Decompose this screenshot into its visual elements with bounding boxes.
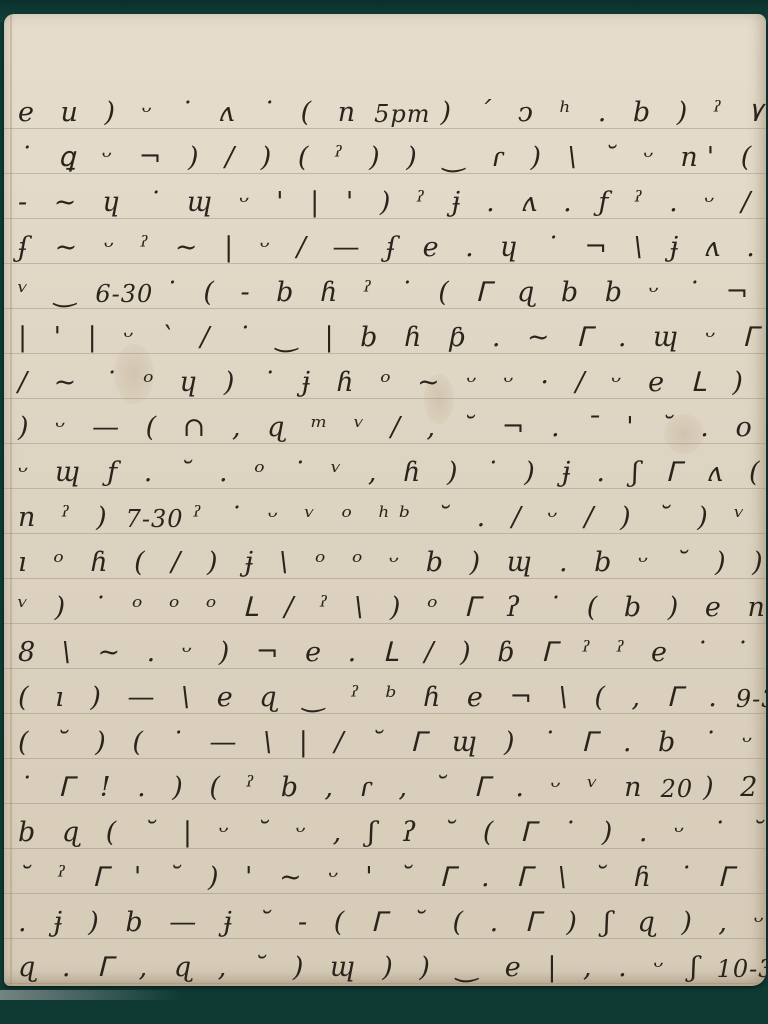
time-numeral: 7-30 <box>126 505 184 533</box>
rule-line <box>4 488 766 489</box>
rule-line <box>4 443 766 444</box>
shorthand-line: ( ı ) — \ e ɋ ‿ ˀ ᵇ ɦ e ¬ \ ( , ᒥ .9-30ɉ… <box>18 673 754 713</box>
shorthand-line: ʄ ~ ᵕ ˀ ~ | ᵕ / — ʄ e . ɥ ˙ ¬ \ ɉ ʌ . ᒪ <box>18 223 754 263</box>
rule-line <box>4 128 766 129</box>
margin-line <box>10 14 12 986</box>
rule-line <box>4 938 766 939</box>
rule-line <box>4 713 766 714</box>
shorthand-line: - ~ ɥ ˙ ɰ ᵕ ' | ' ) ˀ ɉ . ʌ . ƒ ˀ . ᵕ / … <box>18 178 754 218</box>
rule-line <box>4 758 766 759</box>
shorthand-line: ) ᵕ — ( ∩ , ɋ ᵐ ᵛ / , ˘ ¬ . ˉ ' ˘ . o b … <box>18 403 754 443</box>
rule-line <box>4 578 766 579</box>
shorthand-line: ˙ ꝗ ᵕ ¬ ) / ) ( ˀ ) ) ‿ ɾ ) \ ˘ ᵕ n' ( <box>18 133 754 173</box>
rule-line <box>4 893 766 894</box>
rule-line <box>4 353 766 354</box>
rule-line <box>4 983 766 984</box>
shorthand-strokes: ˀ ˙ ᵕ ᵛ ᵒ ʰᵇ ˘ . / ᵕ / ) ˘ ) ᵛ ˘ ᒪ <box>194 502 766 533</box>
shorthand-strokes: ) ᵕ — ( ∩ , ɋ ᵐ ᵛ / , ˘ ¬ . ˉ ' ˘ . o b … <box>18 412 766 443</box>
shorthand-strokes: ˙ ( - b ɦ ˀ ˙ ( ᒥ ɋ b b ᵕ ˙ ¬ <box>163 277 757 308</box>
shorthand-strokes: ˘ ˀ ᒥ ' ˘ ) ' ~ ᵕ ' ˘ ᒥ . ᒥ \ ˘ ɦ ˙ ᒥ <box>18 862 742 893</box>
shorthand-strokes: n ˀ ) <box>18 502 116 533</box>
time-numeral: 20 <box>661 775 694 803</box>
shorthand-strokes: ᵕ ɰ ƒ . ˘ . ᵒ ˙ ᵛ , ɦ ) ˙ ) ɉ . ʃ ᒥ ʌ ( … <box>18 457 766 488</box>
shorthand-strokes: ( ˘ ) ( ˙ — \ | / ˘ ᒥ ɰ ) ˙ ᒥ . b ˙ ᵕ ᵛ <box>18 727 766 758</box>
rule-line <box>4 173 766 174</box>
shorthand-line: | ' | ᵕ ` / ˙ ‿ | b ɦ ƥ . ~ ᒥ . ɰ ᵕ ᒥ / <box>18 313 754 353</box>
shorthand-strokes: ˙ ꝗ ᵕ ¬ ) / ) ( ˀ ) ) ‿ ɾ ) \ ˘ ᵕ n' ( <box>18 142 760 173</box>
shorthand-strokes: e u ) ᵕ ˙ ʌ ˙ ( n <box>18 97 364 128</box>
shorthand-line: ɋ . ᒥ , ɋ , ˘ ) ɰ ) ) ‿ e | , . ᵕ ʃ10-30… <box>18 943 754 983</box>
shorthand-strokes: ɋ . ᒥ , ɋ , ˘ ) ɰ ) ) ‿ e | , . ᵕ ʃ <box>18 952 707 983</box>
shorthand-line: ( ˘ ) ( ˙ — \ | / ˘ ᒥ ɰ ) ˙ ᒥ . b ˙ ᵕ ᵛ <box>18 718 754 758</box>
shorthand-strokes: b ɋ ( ˘ | ᵕ ˘ ᵕ , ʃ ʔ ˘ ( ᒥ ˙ ) . ᵕ ˙ ˘ … <box>18 817 766 848</box>
time-numeral: 9-30 <box>736 685 766 713</box>
torn-binding <box>0 990 180 1000</box>
shorthand-strokes: ) ˊ ↄ ʰ . b ) ˀ ٧ <box>441 97 763 128</box>
shorthand-line: ᵛ ‿6-30˙ ( - b ɦ ˀ ˙ ( ᒥ ɋ b b ᵕ ˙ ¬ <box>18 268 754 308</box>
rule-line <box>4 803 766 804</box>
shorthand-strokes: ) 22 ᒥ b <box>703 772 766 803</box>
shorthand-line: . ɉ ) b — ɉ ˘ - ( ᒥ ˘ ( . ᒥ ) ʃ ɋ ) , ᵕ … <box>18 898 754 938</box>
shorthand-line: 8 \ ~ . ᵕ ) ¬ e . ᒪ / ) ɓ ᒥ ˀ ˀ e ˙ ˙ ɉ <box>18 628 754 668</box>
shorthand-strokes: - ~ ɥ ˙ ɰ ᵕ ' | ' ) ˀ ɉ . ʌ . ƒ ˀ . ᵕ / … <box>18 187 766 218</box>
shorthand-line: n ˀ )7-30ˀ ˙ ᵕ ᵛ ᵒ ʰᵇ ˘ . / ᵕ / ) ˘ ) ᵛ … <box>18 493 754 533</box>
rule-line <box>4 668 766 669</box>
shorthand-strokes: ᵛ ) ˙ ᵒ ᵒ ᵒ ᒪ / ˀ \ ) ᵒ ᒥ ʔ ˙ ( b ) e n <box>18 592 766 623</box>
rule-line <box>4 263 766 264</box>
shorthand-strokes: ( ı ) — \ e ɋ ‿ ˀ ᵇ ɦ e ¬ \ ( , ᒥ . <box>18 682 726 713</box>
shorthand-strokes: / ~ ˙ ᵒ ɥ ) ˙ ɉ ɦ ᵒ ~ ᵕ ᵕ · / ᵕ e ᒪ ) ) <box>18 367 766 398</box>
shorthand-strokes: ᵛ ‿ <box>18 277 85 308</box>
shorthand-strokes: ı ᵒ ɦ ( / ) ɉ \ ᵒ ᵒ ᵕ b ) ɰ . b ᵕ ˘ ) ) … <box>18 547 766 578</box>
shorthand-line: ı ᵒ ɦ ( / ) ɉ \ ᵒ ᵒ ᵕ b ) ɰ . b ᵕ ˘ ) ) … <box>18 538 754 578</box>
rule-line <box>4 308 766 309</box>
shorthand-strokes: | ' | ᵕ ` / ˙ ‿ | b ɦ ƥ . ~ ᒥ . ɰ ᵕ ᒥ / <box>18 322 766 353</box>
shorthand-strokes: ʄ ~ ᵕ ˀ ~ | ᵕ / — ʄ e . ɥ ˙ ¬ \ ɉ ʌ . ᒪ <box>18 232 766 263</box>
shorthand-line: ᵛ ) ˙ ᵒ ᵒ ᵒ ᒪ / ˀ \ ) ᵒ ᒥ ʔ ˙ ( b ) e n <box>18 583 754 623</box>
rule-line <box>4 218 766 219</box>
rule-line <box>4 848 766 849</box>
shorthand-line: ˘ ˀ ᒥ ' ˘ ) ' ~ ᵕ ' ˘ ᒥ . ᒥ \ ˘ ɦ ˙ ᒥ <box>18 853 754 893</box>
shorthand-strokes: 8 \ ~ . ᵕ ) ¬ e . ᒪ / ) ɓ ᒥ ˀ ˀ e ˙ ˙ ɉ <box>18 637 766 668</box>
time-numeral: 5pm <box>374 100 430 128</box>
time-numeral: 10-30 <box>717 955 766 983</box>
shorthand-line: ˙ ᒥ ! . ) ( ˀ b , ɾ , ˘ ᒥ . ᵕ ᵛ n20) 22 … <box>18 763 754 803</box>
rule-line <box>4 398 766 399</box>
rule-line <box>4 533 766 534</box>
shorthand-strokes: ˙ ᒥ ! . ) ( ˀ b , ɾ , ˘ ᒥ . ᵕ ᵛ n <box>18 772 651 803</box>
rule-line <box>4 623 766 624</box>
shorthand-line: / ~ ˙ ᵒ ɥ ) ˙ ɉ ɦ ᵒ ~ ᵕ ᵕ · / ᵕ e ᒪ ) ) <box>18 358 754 398</box>
shorthand-line: e u ) ᵕ ˙ ʌ ˙ ( n5pm) ˊ ↄ ʰ . b ) ˀ ٧ <box>18 88 754 128</box>
shorthand-strokes: . ɉ ) b — ɉ ˘ - ( ᒥ ˘ ( . ᒥ ) ʃ ɋ ) , ᵕ … <box>18 907 766 938</box>
shorthand-line: ᵕ ɰ ƒ . ˘ . ᵒ ˙ ᵛ , ɦ ) ˙ ) ɉ . ʃ ᒥ ʌ ( … <box>18 448 754 488</box>
time-numeral: 6-30 <box>95 280 153 308</box>
notebook-page: e u ) ᵕ ˙ ʌ ˙ ( n5pm) ˊ ↄ ʰ . b ) ˀ ٧˙ ꝗ… <box>4 14 766 986</box>
shorthand-line: b ɋ ( ˘ | ᵕ ˘ ᵕ , ʃ ʔ ˘ ( ᒥ ˙ ) . ᵕ ˙ ˘ … <box>18 808 754 848</box>
